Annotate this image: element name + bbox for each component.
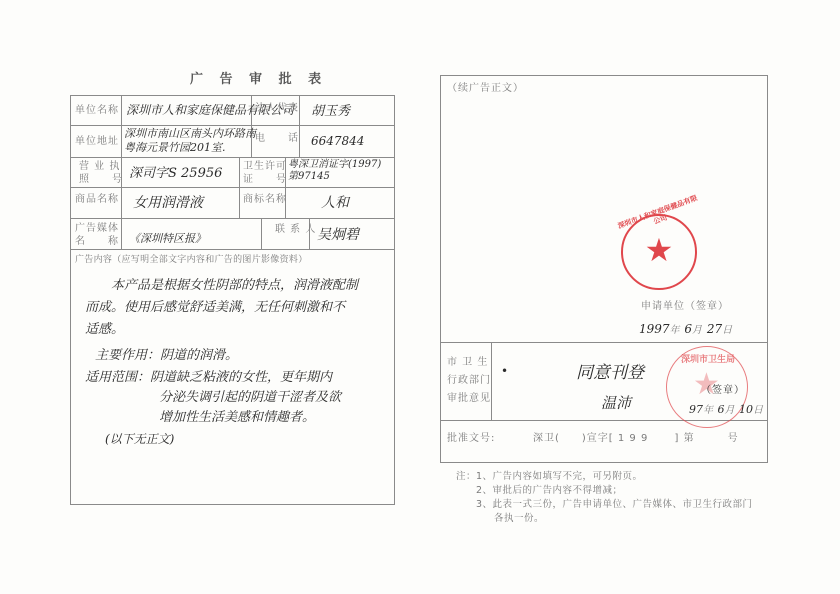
- applicant-date: 1997年 6月 27日: [639, 322, 733, 338]
- value-trademark: 人和: [321, 196, 349, 211]
- label-health-dept-review: 市 卫 生 行政部门 审批意见: [447, 354, 491, 408]
- label-ad-media: 广告媒体 名 称: [75, 222, 119, 248]
- label-unit-name: 单位名称: [75, 104, 119, 117]
- label-unit-address: 单位地址: [75, 135, 119, 148]
- value-ad-media: 《深圳特区报》: [129, 231, 206, 246]
- dot-mark: •: [501, 364, 508, 379]
- content-line: 增加性生活美感和情趣者。: [159, 406, 315, 425]
- review-opinion: 同意刊登: [576, 366, 644, 381]
- label-business-license: 营 业 执 照 号: [79, 160, 123, 186]
- content-line: (以下无正文): [105, 430, 174, 447]
- value-health-permit: 粤深卫消证字(1997) 第97145: [288, 159, 381, 183]
- label-product-name: 商品名称: [75, 193, 119, 206]
- label-health-permit: 卫生许可 证 号: [243, 160, 287, 186]
- content-line: 适感。: [85, 318, 124, 337]
- note-item: 各执一份。: [494, 510, 544, 524]
- review-date: 97年 6月 10日: [689, 402, 764, 418]
- value-unit-address: 深圳市南山区南头内环路南 粤海元景竹园201室.: [124, 127, 256, 155]
- label-contact: 联 系 人: [275, 223, 316, 236]
- content-line: 分泌失调引起的阴道干涩者及欲: [159, 386, 341, 405]
- approval-number: 深卫( )宣字[ 1 9 9 ] 第 号: [533, 432, 739, 445]
- note-item: 2、审批后的广告内容不得增减；: [476, 482, 623, 496]
- label-continued-text: （续广告正文）: [447, 82, 524, 95]
- value-business-license: 深司字S 25956: [129, 166, 222, 181]
- value-contact: 吴炯碧: [317, 228, 359, 243]
- content-line: 本产品是根据女性阴部的特点，润滑液配制: [111, 274, 358, 293]
- label-trademark: 商标名称: [243, 193, 287, 206]
- content-line: 适用范围：阴道缺乏粘液的女性，更年期内: [85, 366, 332, 385]
- label-applicant: 申请单位（签章）: [641, 300, 729, 313]
- value-phone: 6647844: [311, 134, 364, 149]
- content-line: 而成。使用后感觉舒适美满，无任何刺激和不: [85, 296, 345, 315]
- note-item: 1、广告内容如填写不完，可另附页。: [476, 468, 643, 482]
- value-legal-rep: 胡玉秀: [311, 104, 350, 119]
- health-bureau-seal-text: 深圳市卫生局: [681, 352, 735, 365]
- label-review-seal: （签章）: [701, 384, 745, 397]
- content-line: 主要作用：阴道的润滑。: [95, 344, 238, 363]
- value-product-name: 女用润滑液: [133, 196, 203, 211]
- note-item: 3、此表一式三份，广告申请单位、广告媒体、市卫生行政部门: [476, 496, 753, 510]
- approval-form-right: （续广告正文） ★ 深圳市人和家庭保健品有限公司 申请单位（签章） 1997年 …: [440, 75, 768, 463]
- star-icon: ★: [623, 230, 695, 270]
- label-phone: 电 话: [255, 132, 299, 145]
- review-signature: 温沛: [601, 396, 631, 411]
- approval-form-left: 单位名称 深圳市人和家庭保健品有限公司 法人代表 胡玉秀 单位地址 深圳市南山区…: [70, 95, 395, 505]
- form-title: 广 告 审 批 表: [190, 68, 327, 87]
- label-approval-number: 批准文号:: [447, 432, 495, 445]
- label-legal-rep: 法人代表: [255, 102, 299, 115]
- label-ad-content: 广告内容（应写明全部文字内容和广告的图片影像资料）: [75, 254, 308, 267]
- notes-prefix: 注：: [456, 468, 476, 482]
